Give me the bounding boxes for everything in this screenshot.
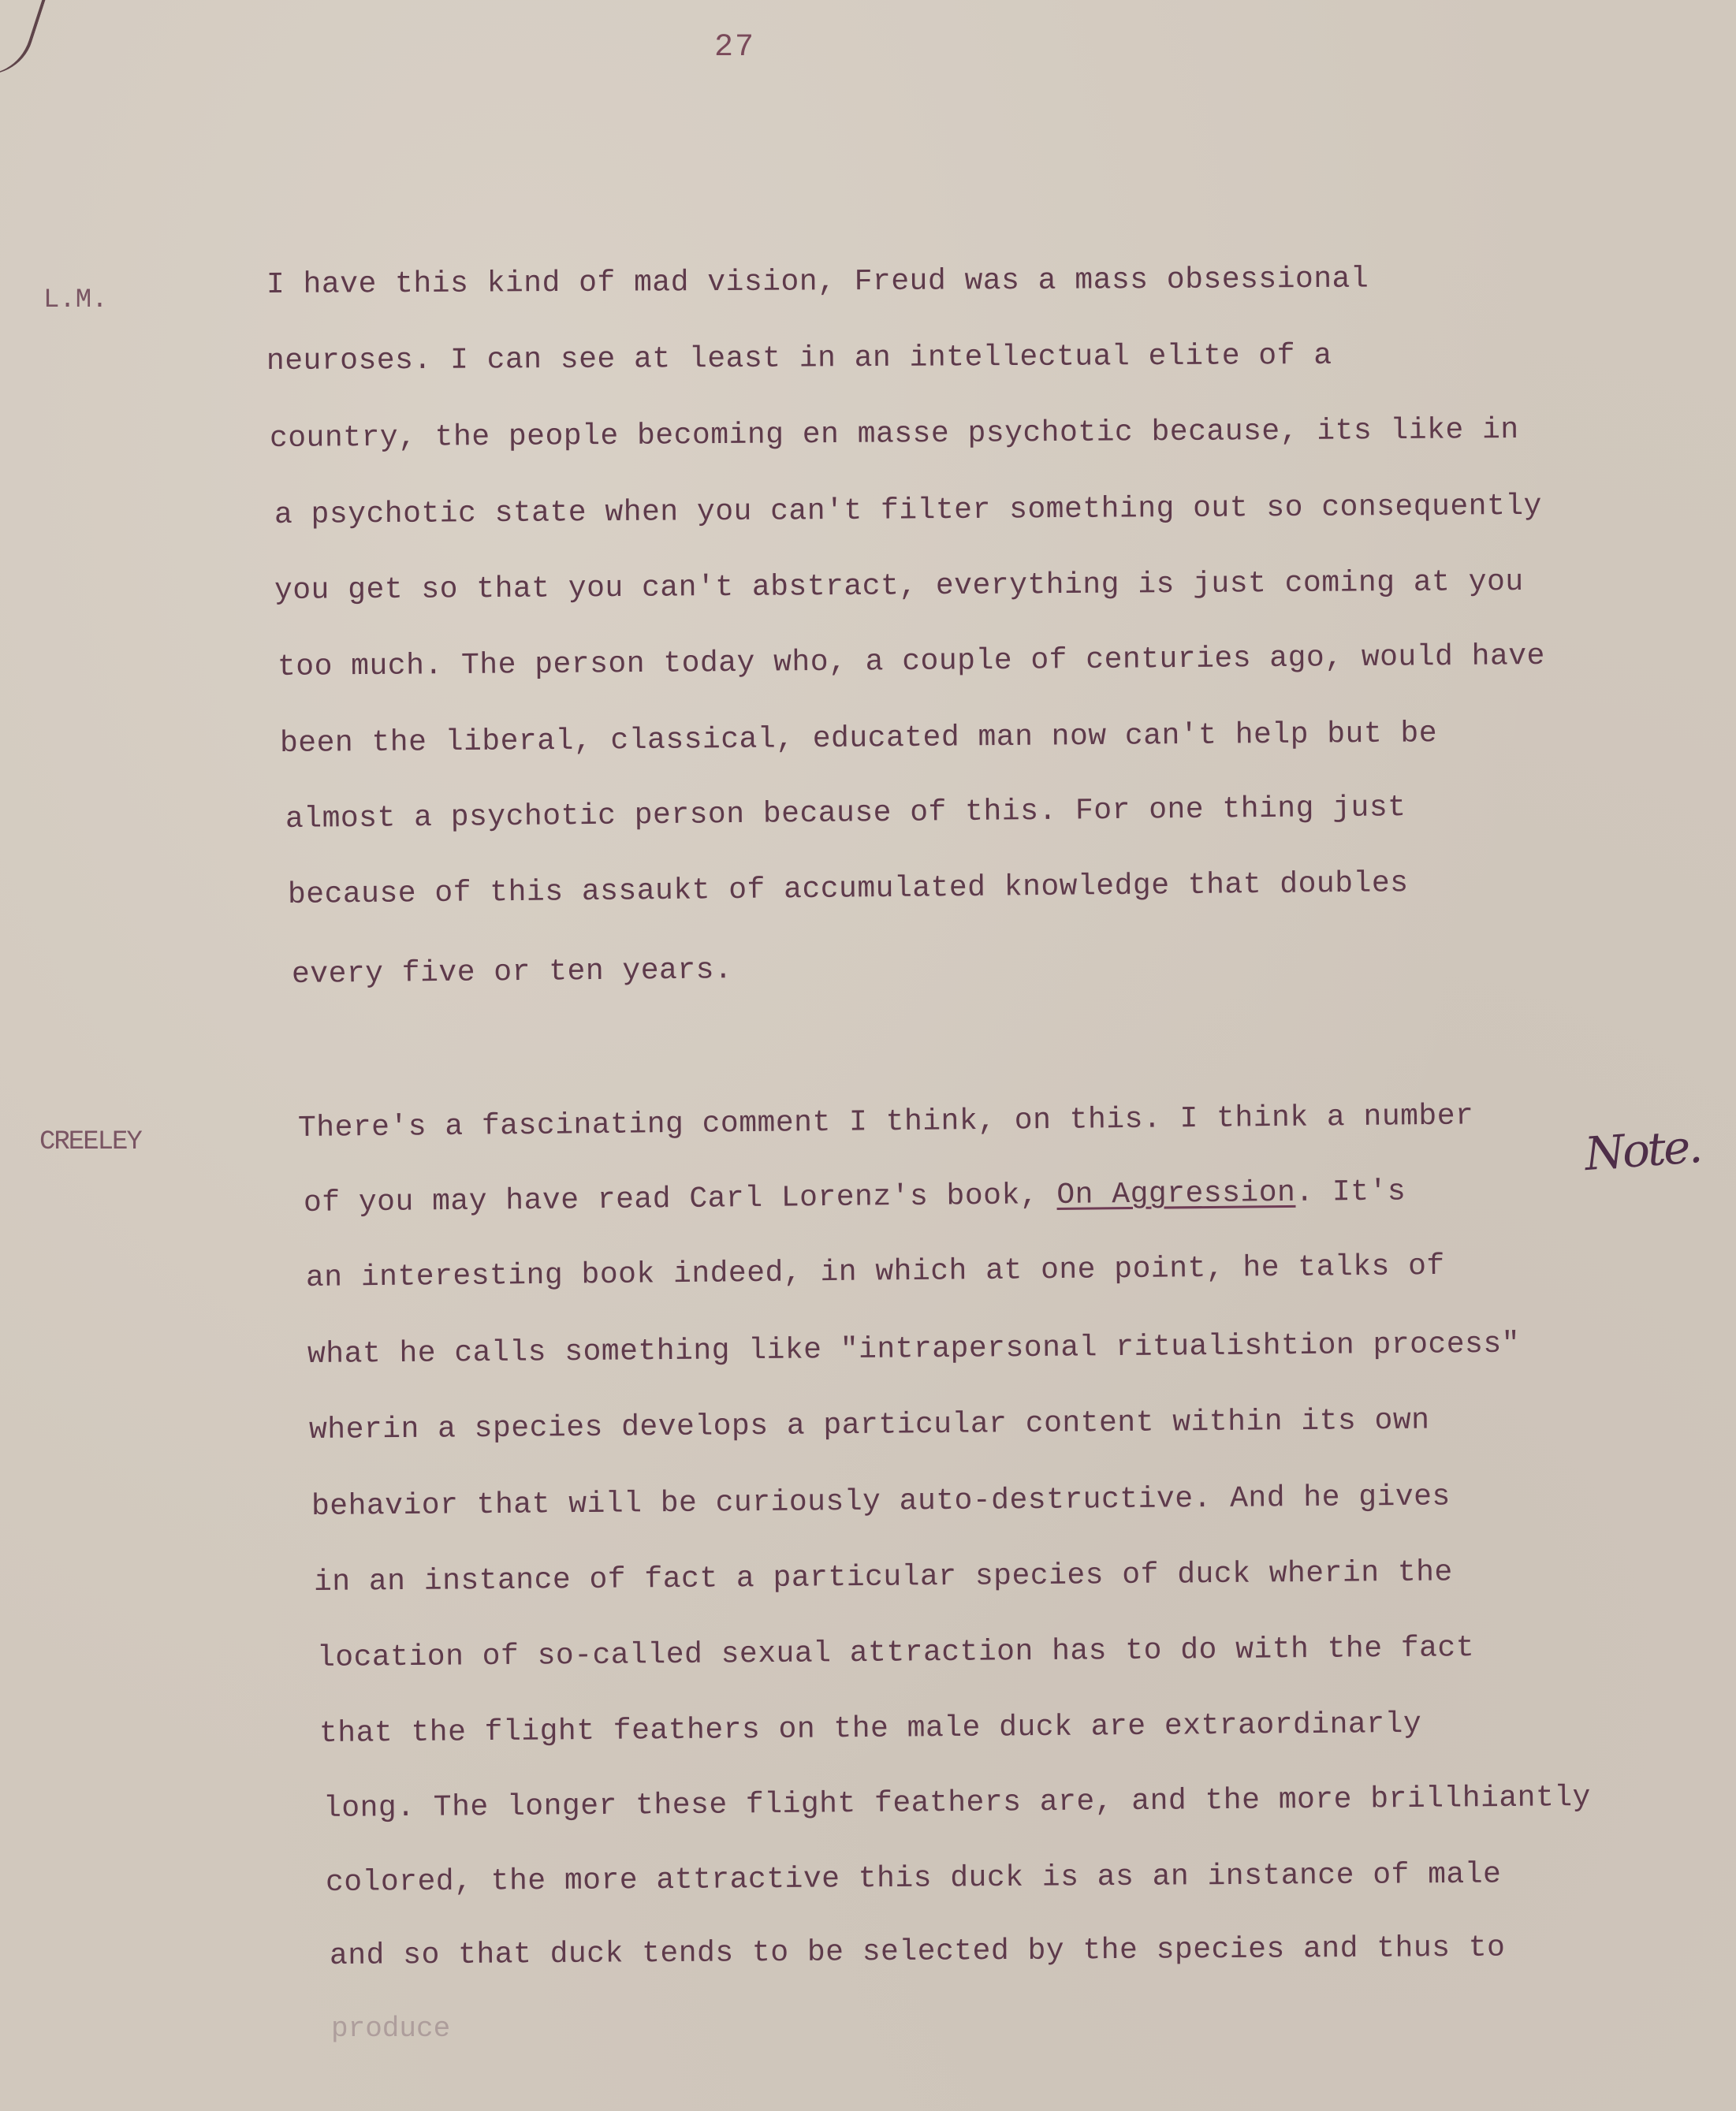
page-number: 27 [714,30,755,65]
text-line-with-title: of you may have read Carl Lorenz's book,… [304,1175,1406,1220]
text-line: a psychotic state when you can't filter … [274,490,1542,532]
text-line: because of this assaukt of accumulated k… [288,866,1409,912]
handwritten-margin-note: Note. [1583,1119,1702,1181]
text-line: every five or ten years. [292,953,733,992]
text-line: in an instance of fact a particular spec… [314,1555,1453,1599]
text-segment: of you may have read Carl Lorenz's book, [304,1178,1057,1220]
text-line: neuroses. I can see at least in an intel… [266,339,1332,378]
text-line: There's a fascinating comment I think, o… [298,1099,1474,1145]
text-line: behavior that will be curiously auto-des… [311,1480,1451,1524]
text-line: wherin a species develops a particular c… [309,1404,1430,1447]
text-line: and so that duck tends to be selected by… [330,1931,1506,1973]
speaker-label-lm: L.M. [43,285,108,315]
text-line: that the flight feathers on the male duc… [319,1707,1422,1751]
faint-text-line: produce [331,2012,450,2045]
text-line: what he calls something like "intraperso… [307,1327,1520,1372]
book-title-underlined: On Aggression [1056,1176,1295,1212]
text-line: country, the people becoming en masse ps… [270,413,1519,456]
text-line: location of so-called sexual attraction … [317,1631,1474,1675]
typewritten-page: 27 L.M. I have this kind of mad vision, … [0,0,1736,2111]
text-line: you get so that you can't abstract, ever… [274,565,1524,608]
page-corner-edge [0,0,49,87]
text-line: an interesting book indeed, in which at … [306,1249,1445,1295]
text-line: too much. The person today who, a couple… [278,639,1545,684]
text-line: been the liberal, classical, educated ma… [280,717,1437,761]
text-line: colored, the more attractive this duck i… [326,1858,1502,1900]
text-line: long. The longer these flight feathers a… [323,1781,1591,1826]
text-segment: . It's [1295,1175,1406,1209]
speaker-label-creeley: CREELEY [39,1127,141,1157]
text-line: almost a psychotic person because of thi… [285,791,1406,836]
text-line: I have this kind of mad vision, Freud wa… [266,262,1369,302]
